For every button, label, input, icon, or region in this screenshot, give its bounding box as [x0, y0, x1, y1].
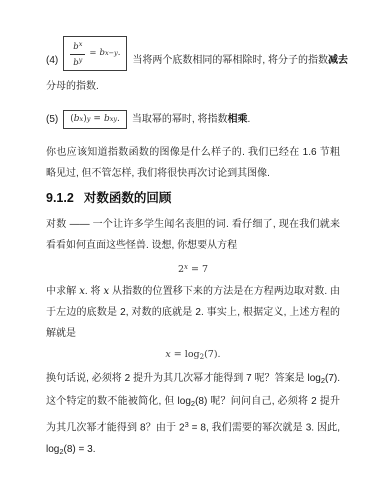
fraction-numerator: bx — [70, 40, 85, 55]
textbook-page: (4) bx by = bx−y. 当将两个底数相同的幂相除时, 将分子的指数减… — [0, 0, 370, 480]
rule-5-text-plain: 当取幂的幂时, 将指数 — [132, 114, 228, 125]
text-run: 换句话说, 必须将 2 提升为其几次幂才能得到 7 呢？答案是 log — [46, 373, 321, 384]
text-run: 中求解 — [46, 286, 79, 297]
fraction-denominator: by — [73, 55, 82, 68]
fraction: bx by — [70, 40, 85, 67]
rule-5-text: 当取幂的幂时, 将指数相乘. — [132, 114, 250, 126]
rule-item-4: (4) bx by = bx−y. 当将两个底数相同的幂相除时, 将分子的指数减… — [46, 36, 340, 71]
text-run: (8) = 3. — [64, 444, 96, 455]
rule-4-text: 当将两个底数相同的幂相除时, 将分子的指数减去 — [132, 55, 348, 71]
equation-log-solution: x = log2(7). — [46, 348, 340, 364]
quotient-rule-formula-box: bx by = bx−y. — [63, 36, 127, 71]
rule-4-emphasis: 减去 — [328, 55, 348, 66]
rule-5-period: . — [247, 114, 250, 125]
rule-5-emphasis: 相乘 — [227, 114, 247, 125]
section-number: 9.1.2 — [46, 190, 74, 206]
math-exponent: xy — [110, 116, 117, 123]
rule-item-5: (5) (bx)y = bxy. 当取幂的幂时, 将指数相乘. — [46, 110, 340, 129]
item-number-4: (4) — [46, 55, 58, 71]
period: . — [118, 49, 121, 58]
math-rhs: = 7 — [188, 264, 208, 275]
math-exponent: x−y — [105, 50, 118, 57]
period: . — [117, 115, 120, 124]
section-title: 对数函数的回顾 — [84, 190, 172, 206]
paragraph-log-intro: 对数 —— 一个让许多学生闻名丧胆的词. 看仔细了, 现在我们就来看看如何直面这… — [46, 214, 340, 256]
paragraph-solve-x: 中求解 x. 将 x 从指数的位置移下来的方法是在方程两边取对数. 由于左边的底… — [46, 281, 340, 344]
section-heading: 9.1.2 对数函数的回顾 — [46, 190, 340, 206]
item-number-5: (5) — [46, 114, 58, 126]
equals-sign: = — [86, 49, 99, 58]
power-rule-formula-box: (bx)y = bxy. — [63, 110, 127, 129]
rule-4-continuation: 分母的指数. — [46, 76, 340, 97]
math-exponent: y — [79, 56, 83, 64]
text-run: . 将 — [85, 286, 104, 297]
math-rhs: (7). — [204, 349, 220, 360]
equation-exponential: 2x = 7 — [46, 260, 340, 277]
rule-4-text-plain: 当将两个底数相同的幂相除时, 将分子的指数 — [132, 55, 328, 66]
equals-sign: = — [90, 115, 104, 124]
paragraph-exponential-graphs: 你也应该知道指数函数的图像是什么样子的. 我们已经在 1.6 节粗略见过, 但不… — [46, 142, 340, 184]
math-exponent: x — [79, 40, 83, 48]
paragraph-log-explanation: 换句话说, 必须将 2 提升为其几次幂才能得到 7 呢？答案是 log2(7).… — [46, 368, 340, 462]
math-log: = log — [171, 349, 200, 360]
